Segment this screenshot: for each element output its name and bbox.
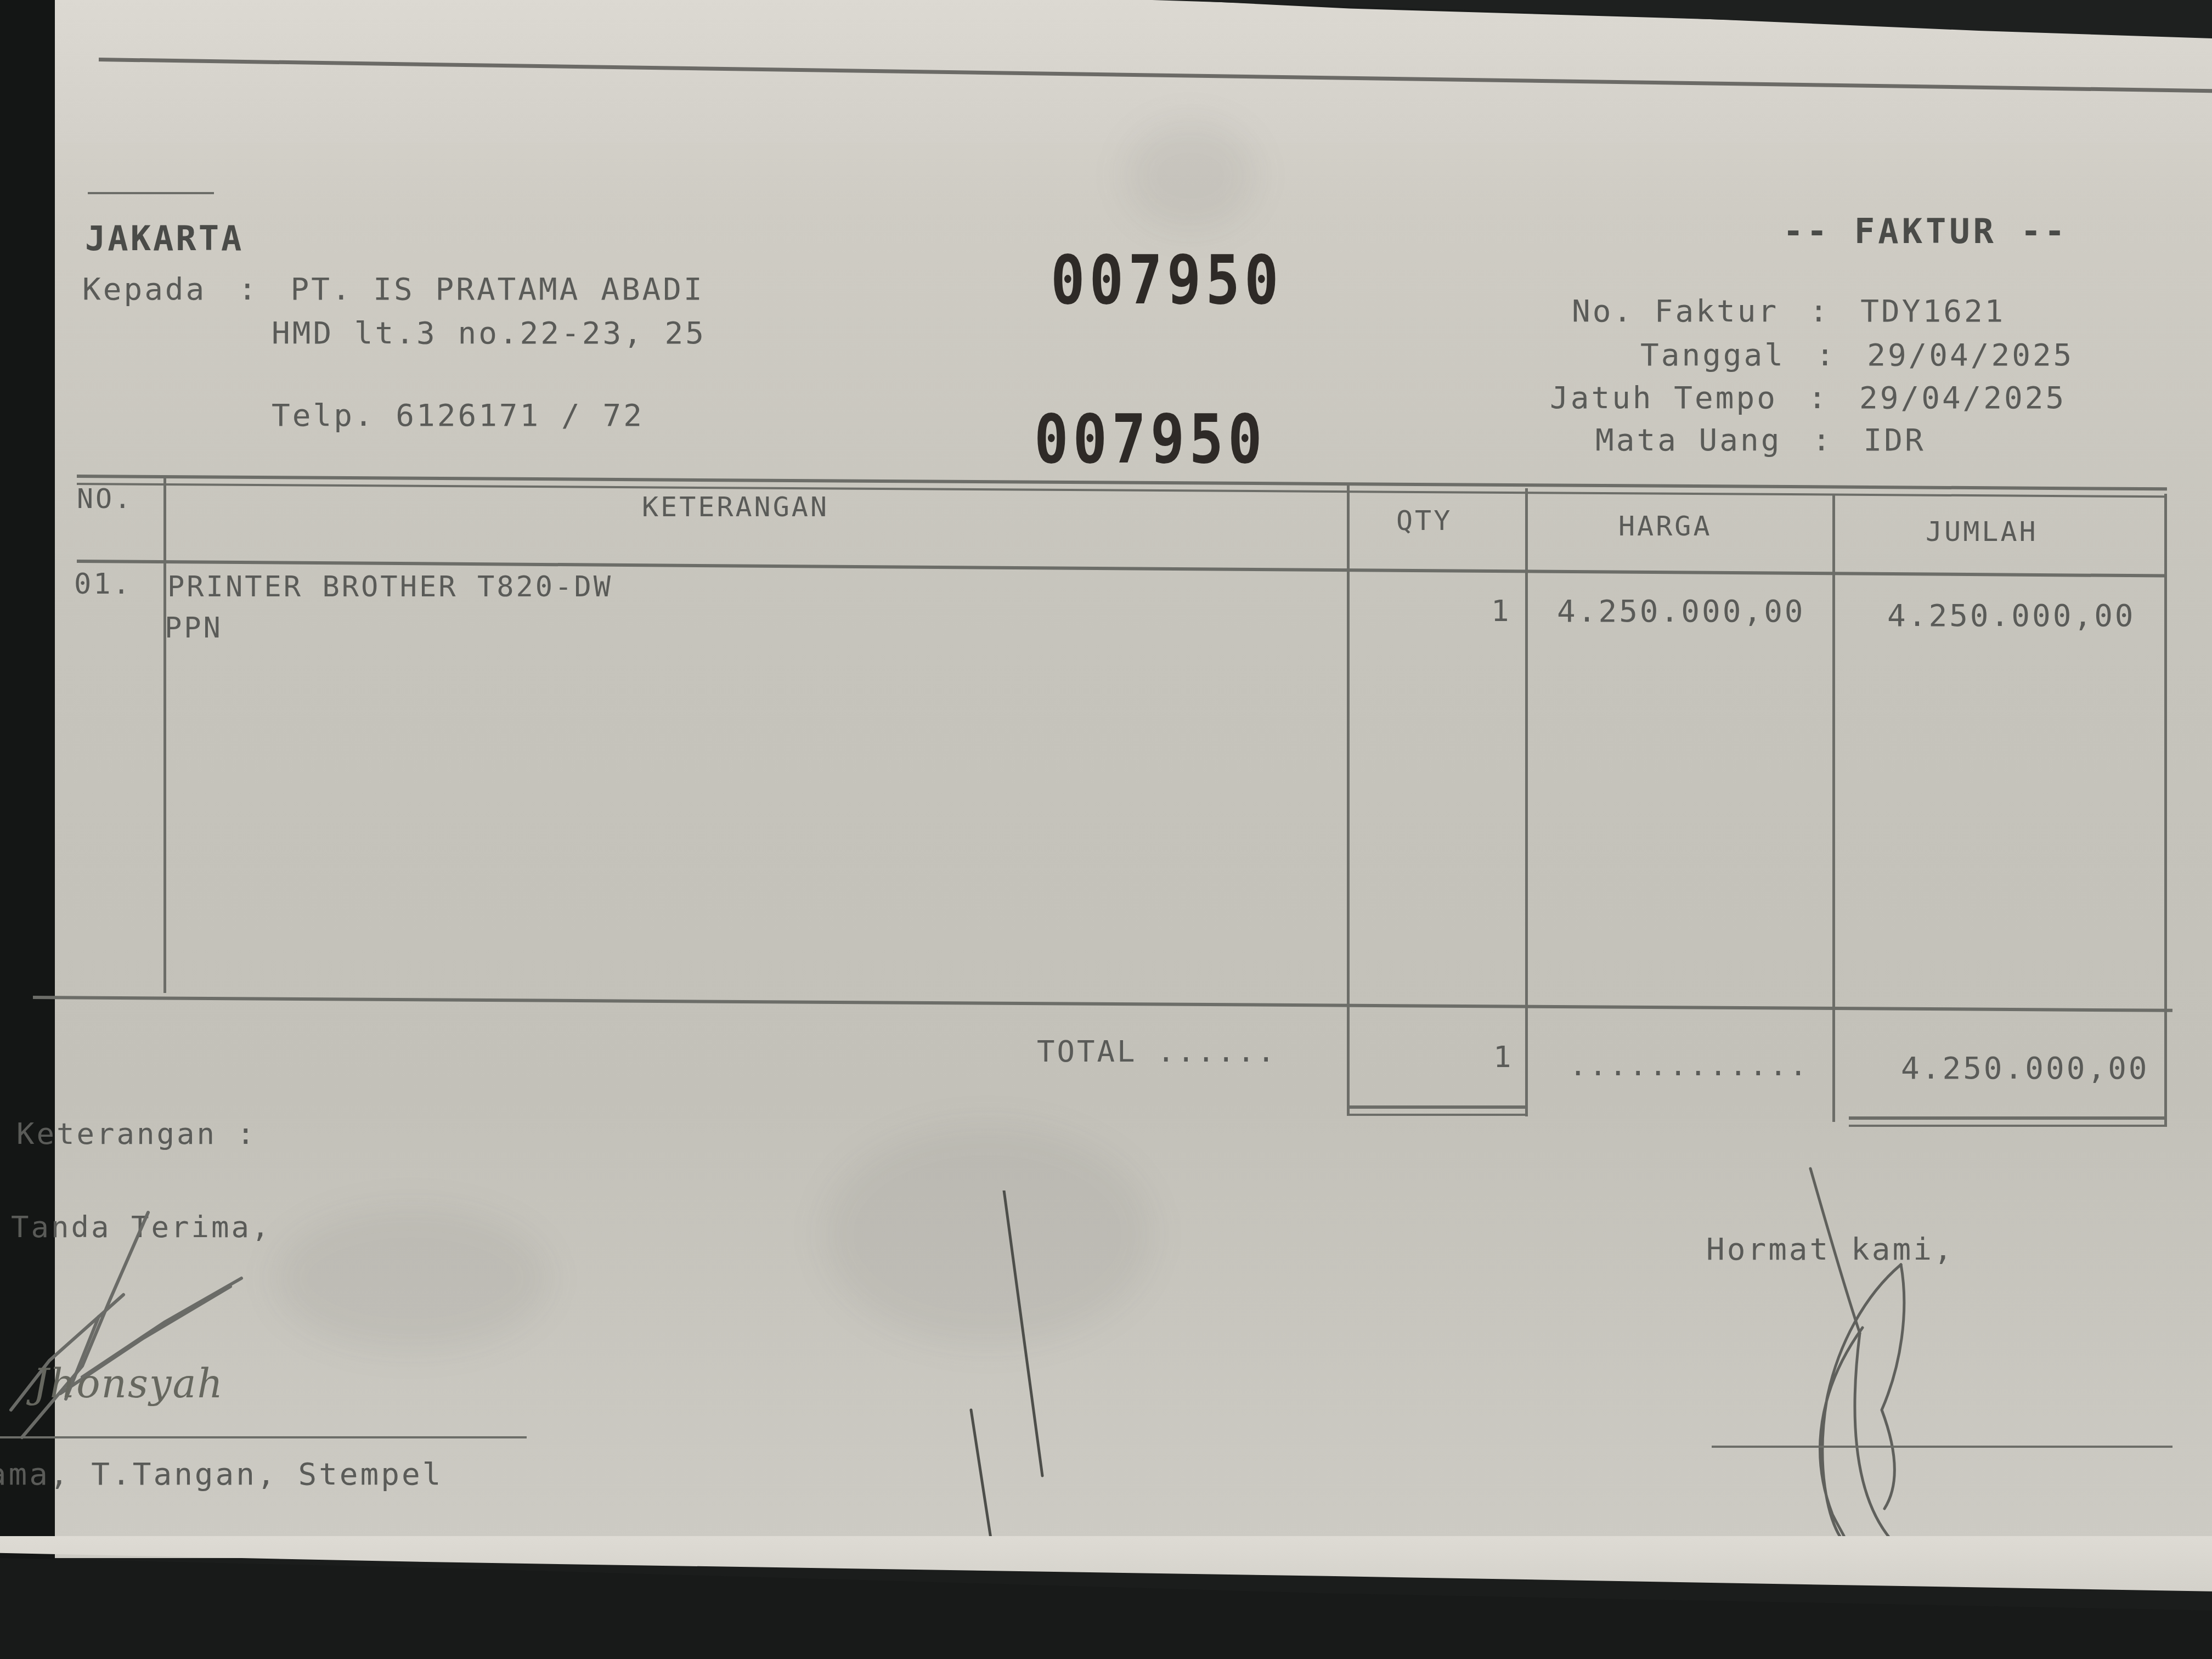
recipient-line: Kepada : PT. IS PRATAMA ABADI xyxy=(82,272,704,307)
meta-invoice-no: No. Faktur : TDY1621 xyxy=(1572,294,2005,329)
meta-separator: : xyxy=(1812,422,1833,458)
recipient-label: Kepada xyxy=(82,272,206,307)
meta-date-label: Tanggal xyxy=(1640,337,1785,373)
meta-date-value: 29/04/2025 xyxy=(1867,337,2074,373)
total-qty: 1 xyxy=(1493,1040,1514,1074)
total-amount-box-bottom xyxy=(1849,1116,2167,1120)
meta-due-date: Jatuh Tempo : 29/04/2025 xyxy=(1550,380,2066,416)
recipient-phone: Telp. 6126171 / 72 xyxy=(272,398,644,433)
meta-currency-value: IDR xyxy=(1864,422,1926,458)
col-divider-qty-right xyxy=(1525,488,1528,1116)
meta-date: Tanggal : 29/04/2025 xyxy=(1640,337,2074,373)
row-no: 01. xyxy=(74,568,132,601)
pen-mark-icon xyxy=(960,1190,1070,1575)
meta-due-label: Jatuh Tempo xyxy=(1550,380,1778,416)
serial-number-stamp-top: 007950 xyxy=(1051,241,1283,320)
meta-due-value: 29/04/2025 xyxy=(1859,380,2066,416)
header-city: JAKARTA xyxy=(85,218,244,258)
received-signature-name: Jhonsyah xyxy=(33,1361,224,1407)
row-amount: 4.250.000,00 xyxy=(1887,598,2136,634)
row-price: 4.250.000,00 xyxy=(1557,594,1805,629)
row-description-line2: PPN xyxy=(165,612,223,645)
row-qty: 1 xyxy=(1491,594,1511,628)
column-header-description: KETERANGAN xyxy=(642,491,829,523)
notes-label: Keterangan : xyxy=(16,1116,257,1151)
column-header-qty: QTY xyxy=(1396,505,1452,537)
meta-currency: Mata Uang : IDR xyxy=(1595,422,1926,458)
column-header-amount: JUMLAH xyxy=(1926,516,2038,548)
recipient-company: PT. IS PRATAMA ABADI xyxy=(290,272,704,307)
issuer-signature-icon xyxy=(1767,1158,1931,1553)
column-header-no: NO. xyxy=(77,483,133,515)
recipient-address: HMD lt.3 no.22-23, 25 xyxy=(272,315,706,351)
invoice-meta: No. Faktur : TDY1621 Tanggal : 29/04/202… xyxy=(1547,294,2096,469)
serial-number-stamp-bottom: 007950 xyxy=(1034,400,1267,479)
column-header-price: HARGA xyxy=(1618,510,1712,542)
recipient-separator: : xyxy=(238,272,259,307)
total-amount-box-bottom xyxy=(1849,1125,2167,1127)
received-signature-line xyxy=(0,1436,527,1438)
document-title: -- FAKTUR -- xyxy=(1783,211,2068,251)
total-qty-box-bottom xyxy=(1347,1114,1528,1116)
row-description: PRINTER BROTHER T820-DW xyxy=(167,571,613,603)
col-divider-jumlah-left xyxy=(1832,494,1835,1122)
smudge xyxy=(1125,121,1256,230)
meta-invoice-no-label: No. Faktur xyxy=(1572,294,1779,329)
col-divider-no xyxy=(163,477,166,993)
meta-separator: : xyxy=(1808,380,1829,416)
meta-separator: : xyxy=(1809,294,1830,329)
total-label: TOTAL ...... xyxy=(1037,1034,1277,1069)
issuer-signature-line xyxy=(1712,1446,2172,1448)
col-divider-qty-left xyxy=(1347,486,1350,1114)
total-amount: 4.250.000,00 xyxy=(1901,1051,2149,1086)
meta-invoice-no-value: TDY1621 xyxy=(1860,294,2005,329)
meta-separator: : xyxy=(1816,337,1837,373)
header-rule xyxy=(88,192,214,194)
total-price-dots: ............ xyxy=(1569,1048,1809,1082)
col-divider-jumlah-right xyxy=(2164,494,2167,1125)
total-qty-box-bottom xyxy=(1347,1105,1528,1109)
meta-currency-label: Mata Uang xyxy=(1595,422,1781,458)
received-caption: Nama, T.Tangan, Stempel xyxy=(0,1457,443,1492)
